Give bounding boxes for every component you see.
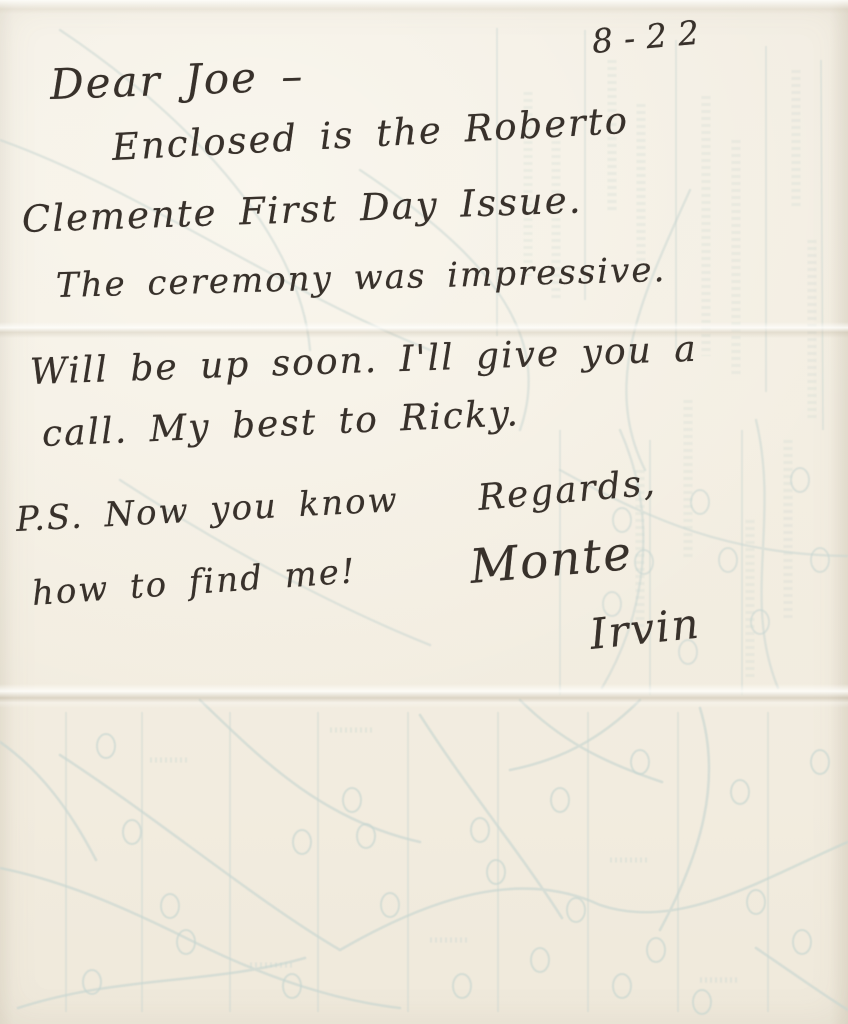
letter-scan: 8-22 Dear Joe – Enclosed is the Roberto …	[0, 0, 848, 1024]
salutation-line: Dear Joe –	[49, 51, 305, 109]
